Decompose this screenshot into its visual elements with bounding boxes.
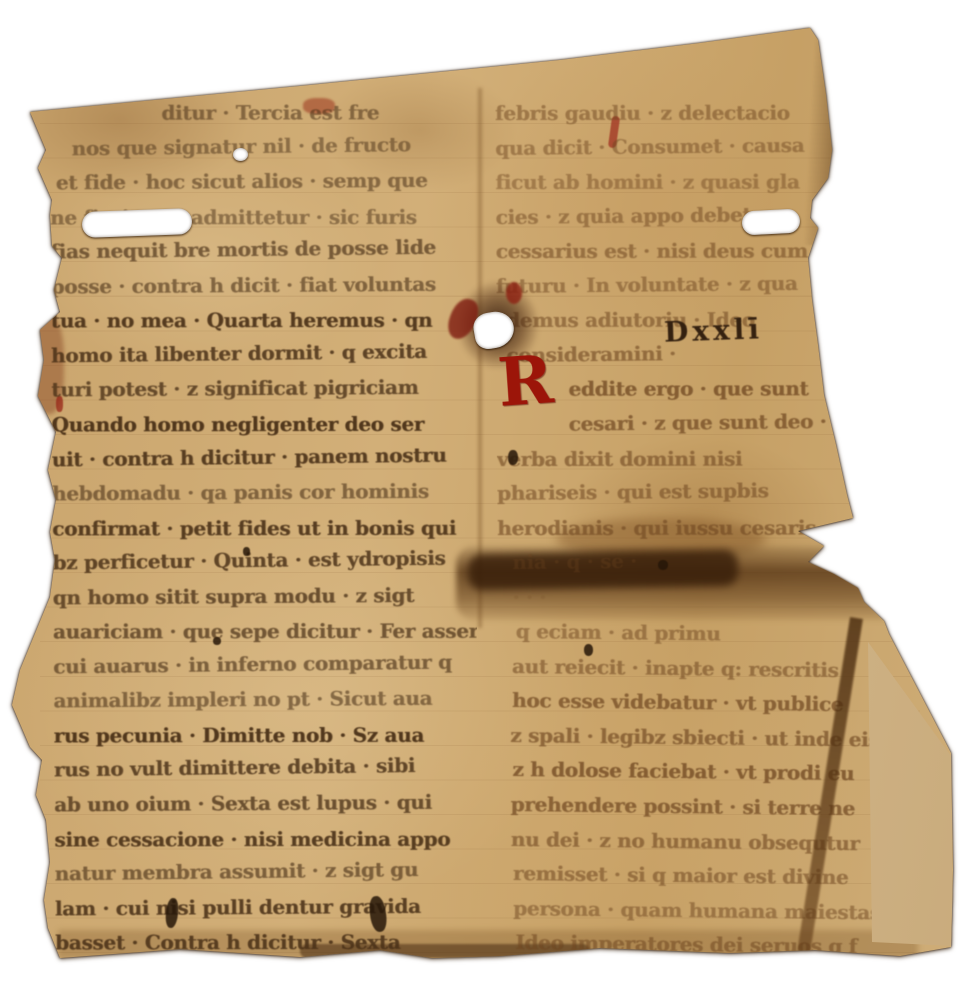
text-line: cesari · z que sunt deo · de	[568, 406, 859, 439]
text-line: phariseis · qui est supbis	[497, 475, 769, 508]
text-line: animalibz impleri no pt · Sicut aua	[53, 683, 432, 716]
text-line: auariciam · que sepe dicitur · Fer asser	[53, 616, 479, 647]
text-line: herodianis · qui iussu cesaris	[497, 512, 816, 543]
text-column-right: febris gaudiu · z delectacioqua dicit · …	[494, 0, 911, 998]
text-line: rus no vult dimittere debita · sibi	[54, 750, 416, 784]
text-line: cies · z quia appo debet ne	[495, 199, 784, 232]
text-line: posse · contra h dicit · fiat voluntas	[50, 269, 435, 302]
text-line: et fide · hoc sicut alios · semp que	[56, 165, 428, 198]
text-line: ficut ab homini · z quasi gla	[495, 167, 799, 198]
text-line: confirmat · petit fides ut in bonis qui	[52, 512, 456, 543]
text-line: modum intremur · Quia maiora	[55, 958, 398, 992]
text-line: persona · quam humana maiestas	[513, 893, 881, 927]
text-line: prehendere possint · si terre ne	[510, 789, 855, 823]
text-line: Ideo imperatores dei seruos q f	[515, 927, 857, 961]
text-line: · · ·	[512, 582, 545, 612]
text-line: hebdomadu · qa panis cor hominis	[52, 476, 429, 509]
text-line: qn homo sitit supra modu · z sigt	[53, 580, 415, 613]
text-line: ab uno oium · Sexta est lupus · qui	[54, 787, 432, 820]
manuscript-photo: ditur · Tercia est frenos que signatur n…	[0, 0, 973, 998]
text-line: aut reiecit · inapte q: rescritis	[512, 651, 839, 685]
text-line: eddite ergo · que sunt	[568, 374, 808, 404]
ink-spot	[508, 450, 518, 465]
ink-spot	[658, 560, 668, 570]
binding-slot-hole-right	[741, 208, 800, 235]
parchment-fragment: ditur · Tercia est frenos que signatur n…	[0, 0, 973, 998]
text-line: nu dei · z no humanu obsequtur	[511, 824, 860, 858]
text-line: z h dolose faciebat · vt prodi eu	[512, 754, 854, 788]
text-line: basset · Contra h dicitur · Sexta	[55, 927, 400, 958]
text-line: futuru · In voluntate · z qua	[496, 268, 798, 301]
text-line: ditur · Tercia est fre	[161, 97, 379, 127]
text-line: z spali · legibz sbiecti · ut inde eis	[510, 720, 879, 755]
text-line: Quando homo negligenter deo ser	[51, 409, 424, 440]
small-tear-hole	[233, 148, 248, 161]
text-line: febris gaudiu · z delectacio	[495, 98, 790, 129]
text-line: q eciam · ad primu	[516, 616, 721, 648]
text-line: homo ita libenter dormit · q excita	[51, 336, 427, 371]
text-line: tua · no mea · Quarta heremus · qn	[51, 305, 433, 336]
text-line: cessarius est · nisi deus cum	[496, 236, 808, 267]
rubric-initial-R: R	[495, 340, 555, 422]
parchment-surface: ditur · Tercia est frenos que signatur n…	[0, 0, 973, 998]
text-line: sine cessacione · nisi medicina appo	[54, 823, 450, 854]
chapter-numeral: Dxxlī	[663, 312, 763, 348]
text-line: uit · contra h dicitur · panem nostru	[52, 439, 447, 474]
text-line: turi potest · z significat pigriciam	[51, 372, 418, 405]
text-line: nia · q · se ·	[512, 546, 637, 577]
text-line: lam · cui nisi pulli dentur gravida	[55, 891, 421, 924]
ink-spot	[213, 637, 221, 645]
text-line: remisset · si q maior est divine	[513, 858, 849, 892]
text-line: verba dixit domini nisi	[497, 443, 742, 473]
text-line: qua dicit · Consumet · causa	[495, 129, 804, 162]
ink-spot	[584, 644, 593, 656]
binding-slot-hole-left	[82, 208, 193, 238]
text-line: rus pecunia · Dimitte nob · Sz aua	[54, 720, 424, 751]
text-column-left: ditur · Tercia est frenos que signatur n…	[49, 0, 480, 998]
text-line: hoc esse videbatur · vt publice	[512, 685, 844, 719]
text-line: natur membra assumit · z sigt gu	[54, 854, 418, 888]
text-line: cui auarus · in inferno comparatur q	[53, 646, 452, 681]
text-line: fias nequit bre mortis de posse lide	[50, 232, 436, 267]
ink-spot	[243, 547, 250, 556]
